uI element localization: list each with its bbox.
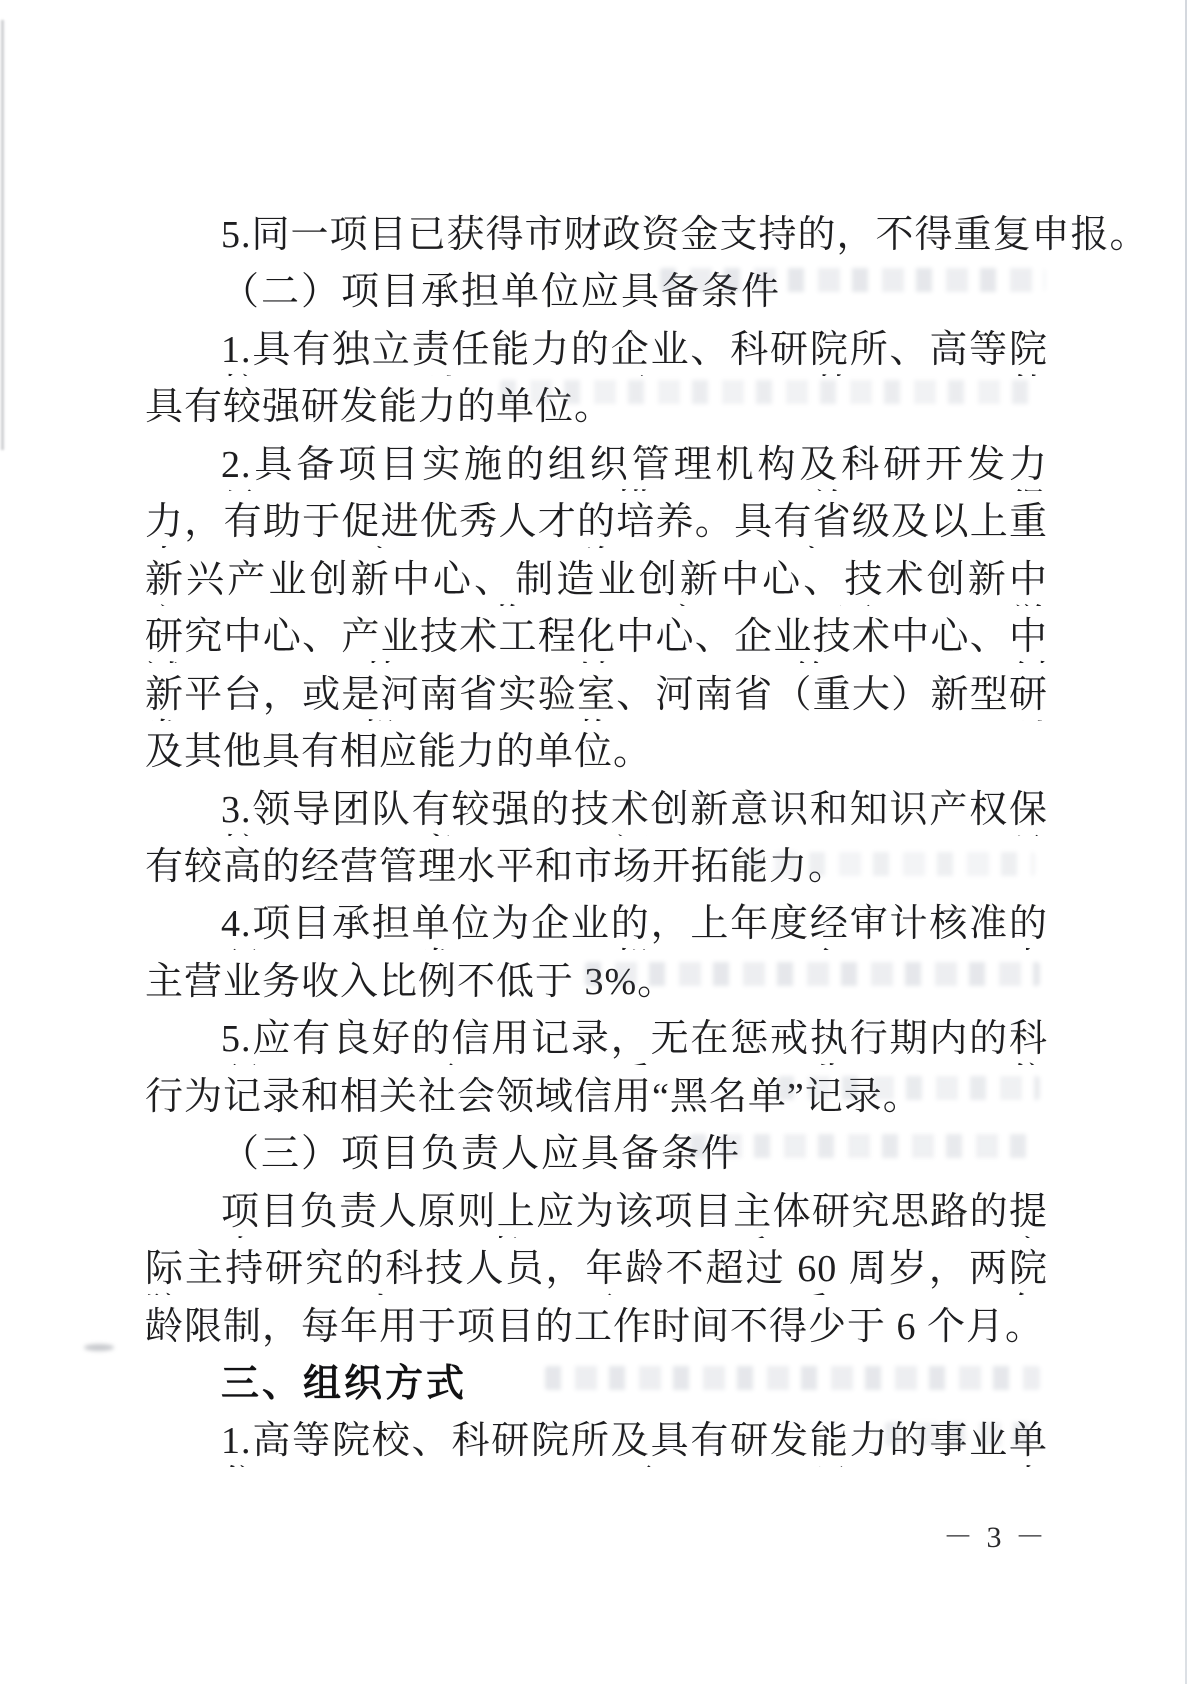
text-line: 际主持研究的科技人员，年龄不超过 60 周岁，两院院士不受年 [145, 1247, 1048, 1295]
text-line: 有较高的经营管理水平和市场开拓能力。 [145, 845, 1048, 893]
page-number: － 3 － [943, 1512, 1048, 1556]
section-heading: 三、组织方式 [145, 1362, 1048, 1410]
text-line: 2.具备项目实施的组织管理机构及科研开发力量，措施得 [145, 443, 1048, 491]
text-line: 5.应有良好的信用记录，无在惩戒执行期内的科研严重失信 [145, 1017, 1048, 1065]
text-line: 4.项目承担单位为企业的，上年度经审计核准的研发投入占 [145, 902, 1048, 950]
text-line: 1.高等院校、科研院所及具有研发能力的事业单位，项目申 [145, 1419, 1048, 1467]
scanned-document-page: 5.同一项目已获得市财政资金支持的，不得重复申报。（二）项目承担单位应具备条件1… [0, 0, 1190, 1684]
scan-edge-shadow [1, 20, 4, 450]
scan-edge-line [1185, 0, 1187, 1684]
text-line: 及其他具有相应能力的单位。 [145, 730, 1048, 778]
text-line: 龄限制，每年用于项目的工作时间不得少于 6 个月。 [145, 1305, 1048, 1353]
text-line: 主营业务收入比例不低于 3%。 [145, 960, 1048, 1008]
text-line: 具有较强研发能力的单位。 [145, 385, 1048, 433]
subsection-heading: （三）项目负责人应具备条件 [145, 1132, 1048, 1180]
text-line: 1.具有独立责任能力的企业、科研院所、高等院校以及其他 [145, 328, 1048, 376]
text-line: 研究中心、产业技术工程化中心、企业技术中心、中试基地等创 [145, 615, 1048, 663]
subsection-heading: （二）项目承担单位应具备条件 [145, 270, 1048, 318]
text-line: 5.同一项目已获得市财政资金支持的，不得重复申报。 [145, 213, 1048, 261]
text-line: 新兴产业创新中心、制造业创新中心、技术创新中心、临床医学 [145, 558, 1048, 606]
text-line: 力，有助于促进优秀人才的培养。具有省级及以上重点实验室、 [145, 500, 1048, 548]
text-line: 行为记录和相关社会领域信用“黑名单”记录。 [145, 1075, 1048, 1123]
text-line: 新平台，或是河南省实验室、河南省（重大）新型研发机构，以 [145, 673, 1048, 721]
text-line: 项目负责人原则上应为该项目主体研究思路的提出者和实 [145, 1190, 1048, 1238]
scan-speck [84, 1344, 114, 1351]
text-line: 3.领导团队有较强的技术创新意识和知识产权保护意识，具 [145, 788, 1048, 836]
